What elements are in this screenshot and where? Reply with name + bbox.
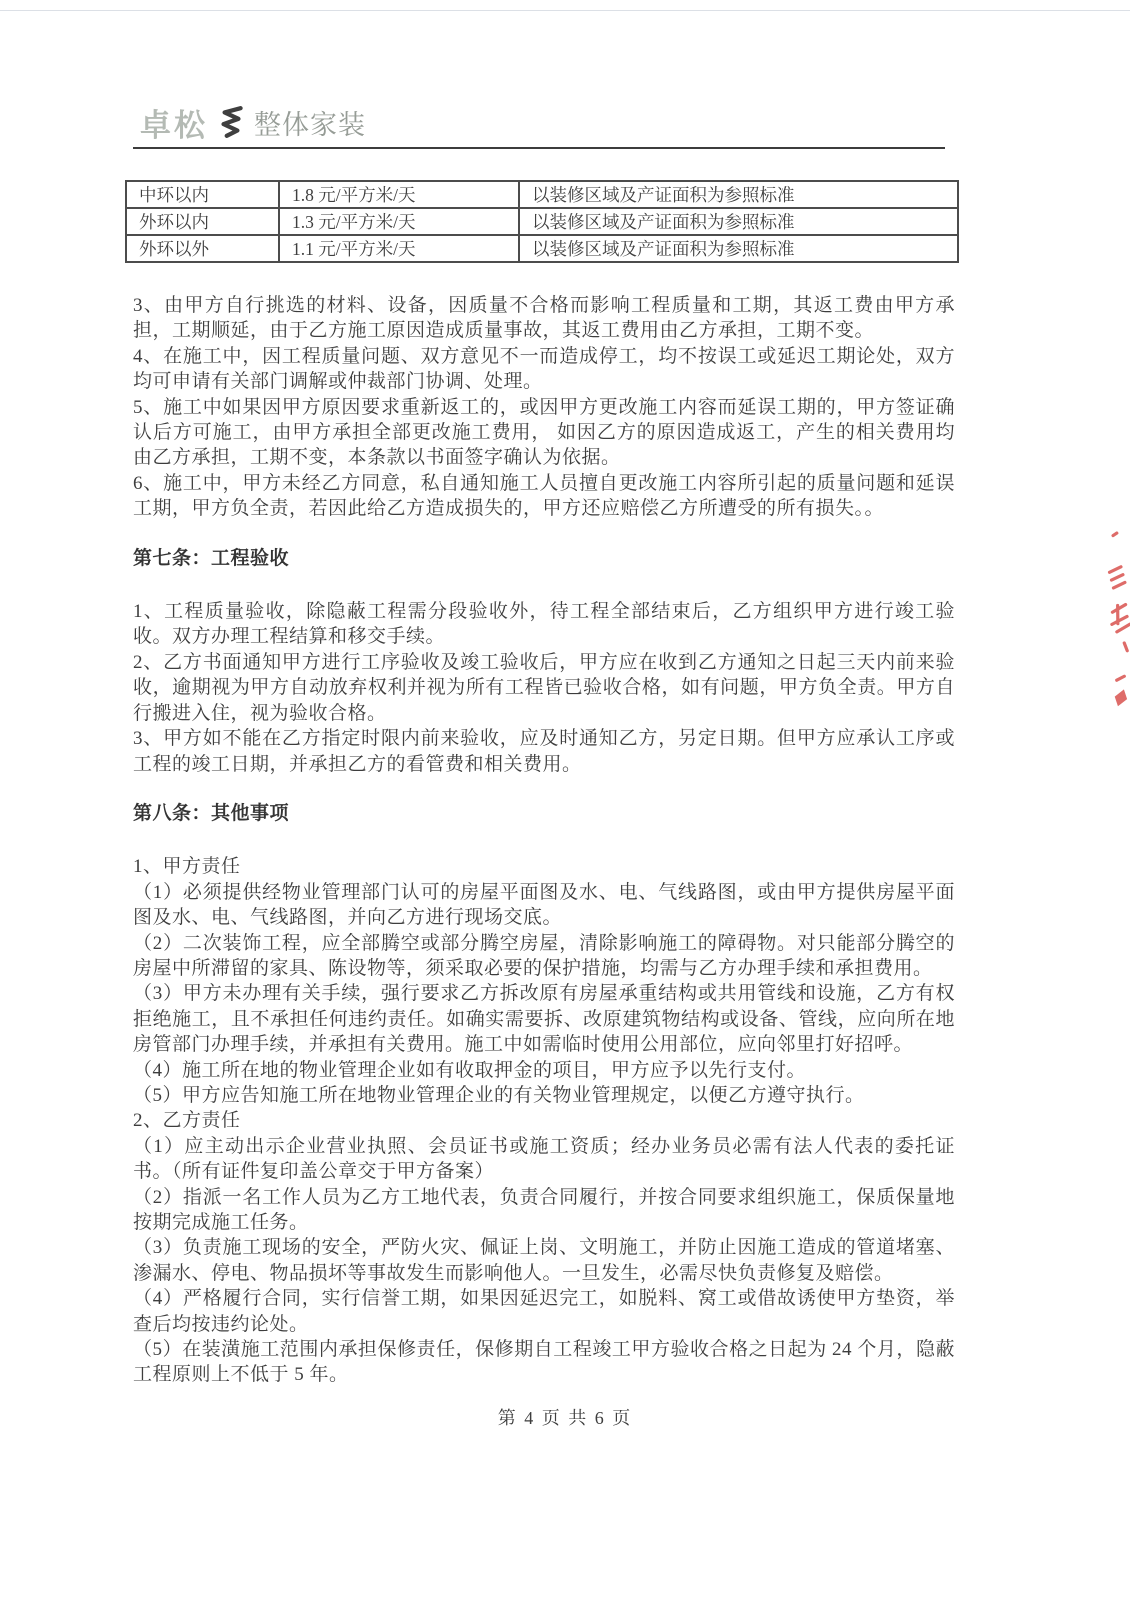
clause-paragraph: （4）施工所在地的物业管理企业如有收取押金的项目，甲方应予以先行支付。 (133, 1058, 955, 1083)
clause-paragraph: （2）指派一名工作人员为乙方工地代表，负责合同履行，并按合同要求组织施工，保质保… (133, 1185, 955, 1236)
clause-paragraph: 5、施工中如果因甲方原因要求重新返工的，或因甲方更改施工内容而延误工期的，甲方签… (133, 395, 955, 471)
note-cell: 以装修区域及产证面积为参照标准 (519, 181, 958, 208)
clause-paragraph: （5）甲方应告知施工所在地物业管理企业的有关物业管理规定，以便乙方遵守执行。 (133, 1083, 955, 1108)
table-row: 外环以内 1.3 元/平方米/天 以装修区域及产证面积为参照标准 (126, 208, 958, 235)
note-cell: 以装修区域及产证面积为参照标准 (519, 208, 958, 235)
clause-paragraph: （2）二次装饰工程，应全部腾空或部分腾空房屋，清除影响施工的障碍物。对只能部分腾… (133, 931, 955, 982)
clause-paragraph: 3、甲方如不能在乙方指定时限内前来验收，应及时通知乙方，另定日期。但甲方应承认工… (133, 726, 955, 777)
clause-paragraph: 1、甲方责任 (133, 854, 955, 879)
rate-cell: 1.3 元/平方米/天 (279, 208, 519, 235)
page-header: 卓松 整体家装 (0, 102, 1130, 149)
clause-paragraph: （3）负责施工现场的安全，严防火灾、佩证上岗、文明施工，并防止因施工造成的管道堵… (133, 1235, 955, 1286)
contract-body: 3、由甲方自行挑选的材料、设备，因质量不合格而影响工程质量和工期，其返工费由甲方… (133, 293, 955, 1388)
clause-paragraph: （1）必须提供经物业管理部门认可的房屋平面图及水、电、气线路图，或由甲方提供房屋… (133, 880, 955, 931)
clause-paragraph: 6、施工中，甲方未经乙方同意，私自通知施工人员擅自更改施工内容所引起的质量问题和… (133, 471, 955, 522)
clause-paragraph: 3、由甲方自行挑选的材料、设备，因质量不合格而影响工程质量和工期，其返工费由甲方… (133, 293, 955, 344)
page-footer: 第 4 页 共 6 页 (0, 1404, 1130, 1430)
section-heading-article-8: 第八条：其他事项 (133, 801, 955, 826)
zone-cell: 外环以外 (126, 235, 279, 262)
rate-cell: 1.8 元/平方米/天 (279, 181, 519, 208)
clause-paragraph: 4、在施工中，因工程质量问题、双方意见不一而造成停工，均不按误工或延迟工期论处，… (133, 344, 955, 395)
clause-paragraph: （1）应主动出示企业营业执照、会员证书或施工资质；经办业务员必需有法人代表的委托… (133, 1134, 955, 1185)
logo-brand-text: 卓松 (140, 100, 208, 145)
clause-paragraph: （3）甲方未办理有关手续，强行要求乙方拆改原有房屋承重结构或共用管线和设施，乙方… (133, 981, 955, 1057)
fee-rate-table: 中环以内 1.8 元/平方米/天 以装修区域及产证面积为参照标准 外环以内 1.… (125, 180, 959, 263)
note-cell: 以装修区域及产证面积为参照标准 (519, 235, 958, 262)
logo-s-mark-icon (218, 105, 244, 139)
clause-paragraph: 2、乙方责任 (133, 1108, 955, 1133)
clause-paragraph: （5）在装潢施工范围内承担保修责任，保修期自工程竣工甲方验收合格之日起为 24 … (133, 1337, 955, 1388)
clause-paragraph: 2、乙方书面通知甲方进行工序验收及竣工验收后，甲方应在收到乙方通知之日起三天内前… (133, 650, 955, 726)
table-row: 外环以外 1.1 元/平方米/天 以装修区域及产证面积为参照标准 (126, 235, 958, 262)
header-divider (133, 147, 945, 149)
table-row: 中环以内 1.8 元/平方米/天 以装修区域及产证面积为参照标准 (126, 181, 958, 208)
clause-paragraph: （4）严格履行合同，实行信誉工期，如果因延迟完工，如脱料、窝工或借故诱使甲方垫资… (133, 1286, 955, 1337)
clause-paragraph: 1、工程质量验收，除隐蔽工程需分段验收外，待工程全部结束后，乙方组织甲方进行竣工… (133, 599, 955, 650)
contract-page: 卓松 整体家装 中环以内 1.8 元/平方米/天 以装修区域及产证面积为参照标准… (0, 0, 1130, 1600)
zone-cell: 中环以内 (126, 181, 279, 208)
red-stamp-fragment (1081, 518, 1130, 732)
scan-artifact-line (0, 10, 1130, 11)
zone-cell: 外环以内 (126, 208, 279, 235)
page-number: 第 4 页 共 6 页 (498, 1408, 633, 1428)
rate-cell: 1.1 元/平方米/天 (279, 235, 519, 262)
section-heading-article-7: 第七条：工程验收 (133, 546, 955, 571)
logo-suffix-text: 整体家装 (254, 103, 366, 142)
company-logo: 卓松 整体家装 (140, 102, 1130, 142)
